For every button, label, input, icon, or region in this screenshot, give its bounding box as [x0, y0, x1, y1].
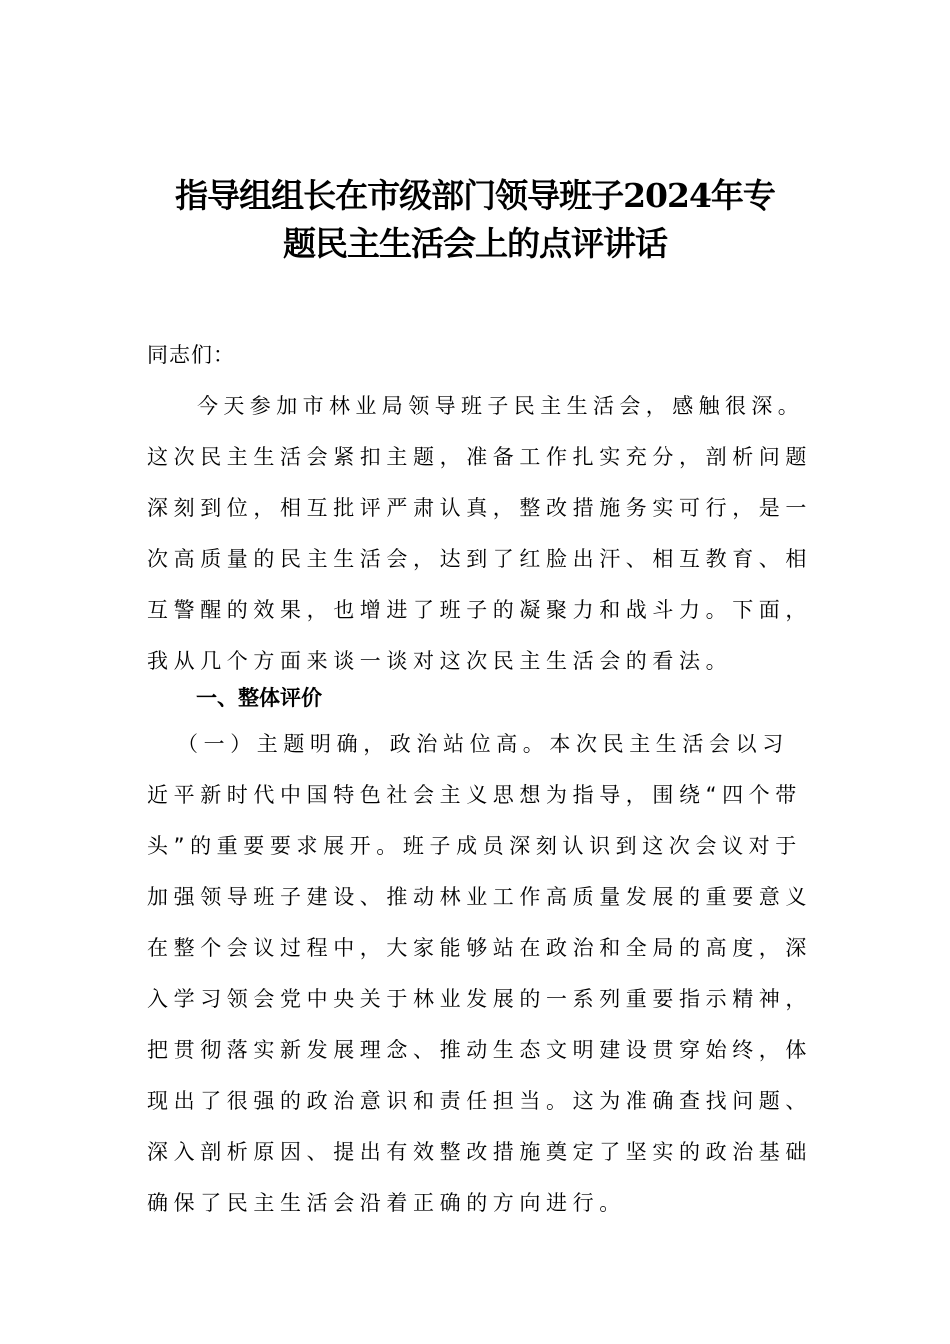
paragraph-1: 今天参加市林业局领导班子民主生活会，感触很深。 这次民主生活会紧扣主题，准备工作… — [147, 381, 817, 687]
paragraph-line: 近平新时代中国特色社会主义思想为指导，围绕“四个带 — [147, 770, 817, 821]
paragraph-line: 这次民主生活会紧扣主题，准备工作扎实充分，剖析问题 — [147, 432, 817, 483]
paragraph-line: 互警醒的效果，也增进了班子的凝聚力和战斗力。下面， — [147, 585, 817, 636]
document-title: 指导组组长在市级部门领导班子2024年专 题民主生活会上的点评讲话 — [0, 172, 950, 268]
paragraph-line: 深入剖析原因、提出有效整改措施奠定了坚实的政治基础 — [147, 1127, 817, 1178]
title-line-2: 题民主生活会上的点评讲话 — [0, 220, 950, 268]
paragraph-2: （一）主题明确，政治站位高。本次民主生活会以习 近平新时代中国特色社会主义思想为… — [147, 719, 817, 1229]
paragraph-line: 在整个会议过程中，大家能够站在政治和全局的高度，深 — [147, 923, 817, 974]
paragraph-line: 确保了民主生活会沿着正确的方向进行。 — [147, 1178, 817, 1229]
section-heading: 一、整体评价 — [196, 676, 322, 720]
paragraph-line: 次高质量的民主生活会，达到了红脸出汗、相互教育、相 — [147, 534, 817, 585]
paragraph-line: 深刻到位，相互批评严肃认真，整改措施务实可行，是一 — [147, 483, 817, 534]
paragraph-line: 入学习领会党中央关于林业发展的一系列重要指示精神， — [147, 974, 817, 1025]
paragraph-line: 加强领导班子建设、推动林业工作高质量发展的重要意义 — [147, 872, 817, 923]
paragraph-line: （一）主题明确，政治站位高。本次民主生活会以习 — [147, 719, 817, 770]
salutation: 同志们： — [147, 330, 817, 381]
paragraph-line: 把贯彻落实新发展理念、推动生态文明建设贯穿始终，体 — [147, 1025, 817, 1076]
paragraph-line: 头”的重要要求展开。班子成员深刻认识到这次会议对于 — [147, 821, 817, 872]
paragraph-line: 今天参加市林业局领导班子民主生活会，感触很深。 — [147, 381, 817, 432]
document-page: 指导组组长在市级部门领导班子2024年专 题民主生活会上的点评讲话 同志们： 今… — [0, 0, 950, 1344]
paragraph-line: 现出了很强的政治意识和责任担当。这为准确查找问题、 — [147, 1076, 817, 1127]
title-line-1: 指导组组长在市级部门领导班子2024年专 — [0, 172, 950, 220]
